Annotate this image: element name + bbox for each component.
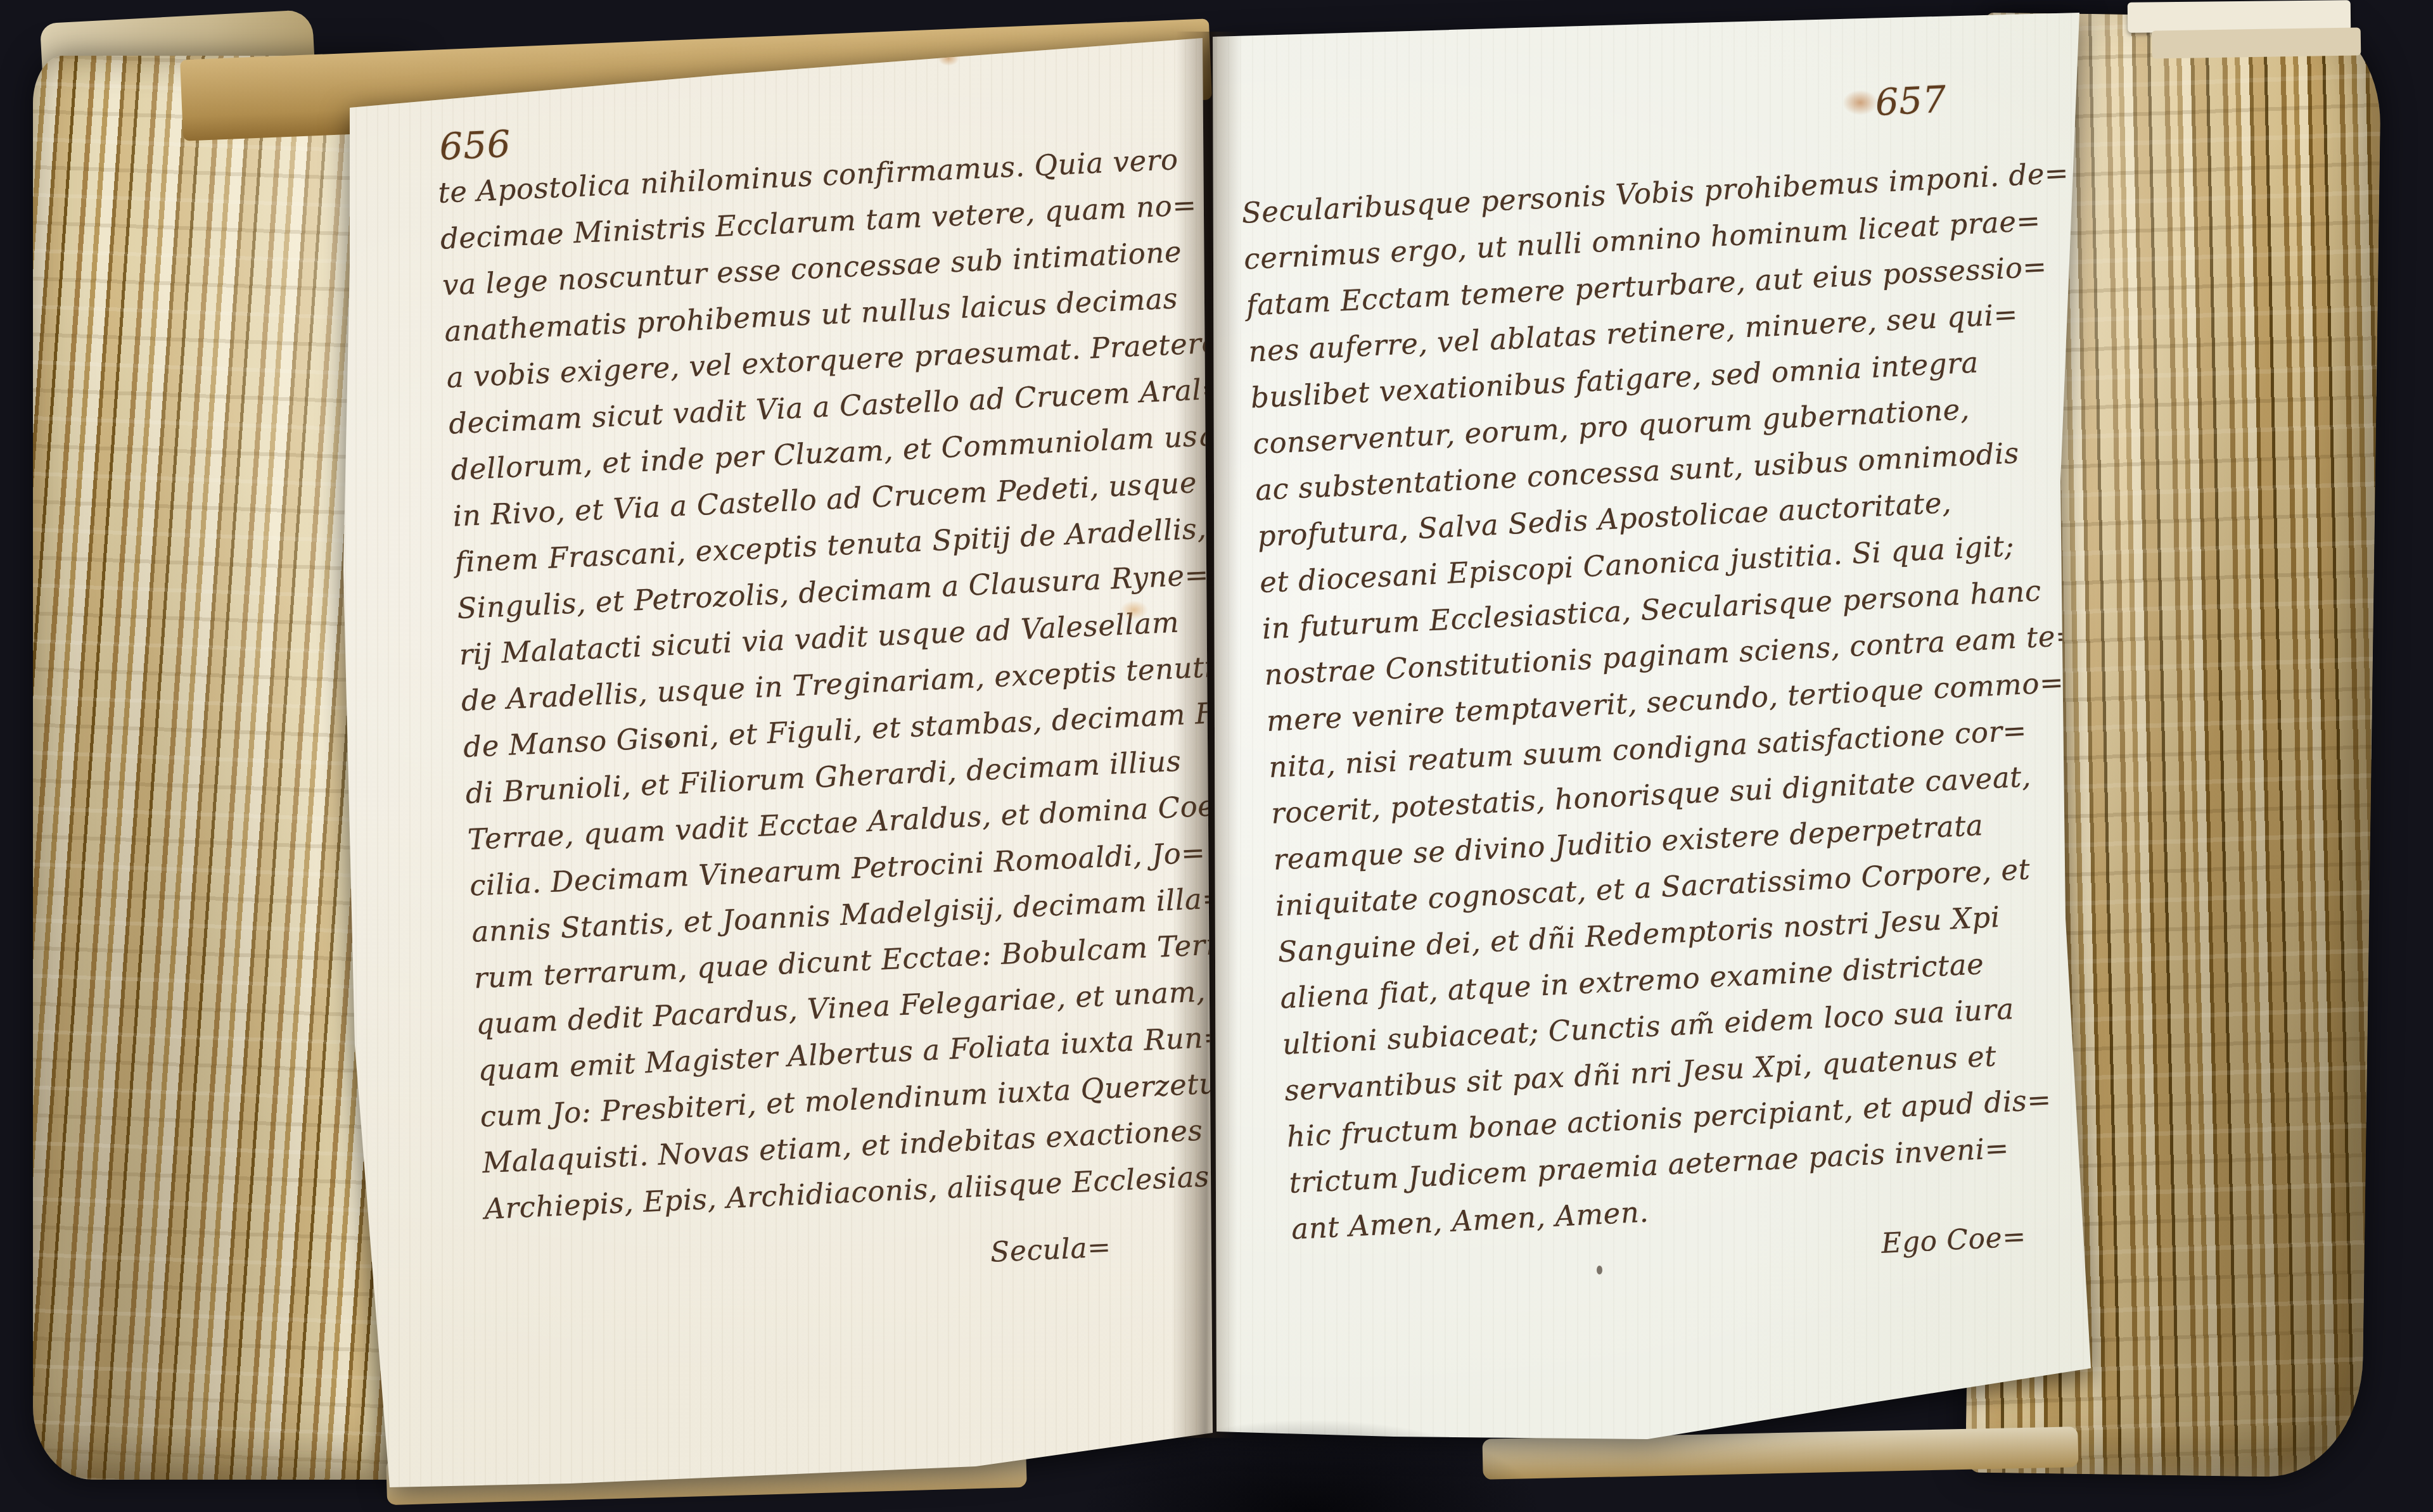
right-page-text: Secularibusque personis Vobis prohibemus…	[1241, 149, 2119, 1252]
bottom-gutter-shadow	[1077, 1419, 1546, 1512]
ink-speck	[1597, 1266, 1602, 1274]
rust-stain	[938, 51, 959, 66]
right-page-catchword: Ego Coe=	[1881, 1221, 2027, 1260]
photo-background: 656 te Apostolica nihilominus confirmamu…	[0, 0, 2433, 1512]
gutter-shadow	[1171, 32, 1242, 1438]
left-page-catchword: Secula=	[990, 1231, 1112, 1269]
left-page-number: 656	[438, 122, 511, 168]
rust-stain	[1842, 90, 1878, 115]
right-page-number: 657	[1874, 78, 1948, 124]
left-page-text: te Apostolica nihilominus confirmamus. Q…	[437, 133, 1296, 1232]
